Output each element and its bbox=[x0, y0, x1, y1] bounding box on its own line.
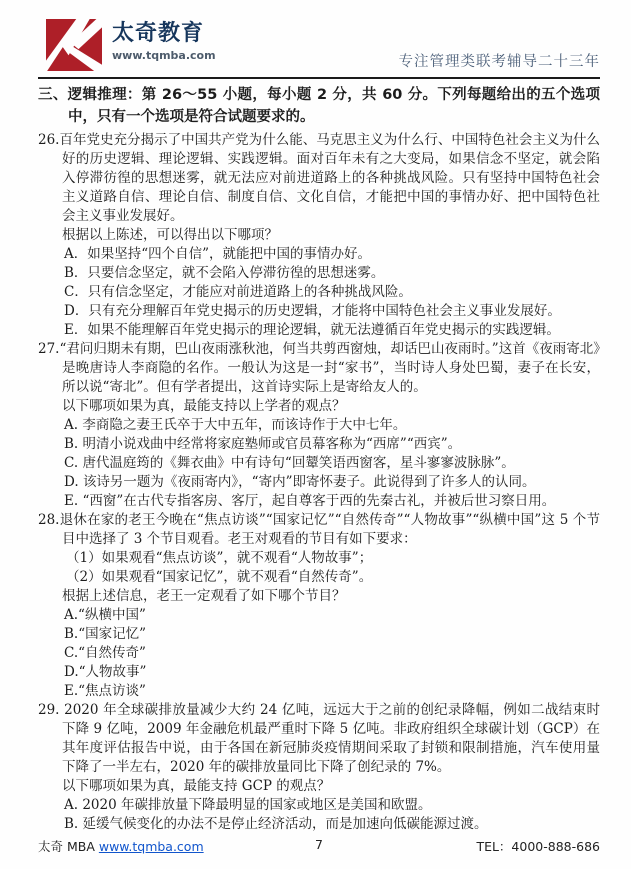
header-tagline: 专注管理类联考辅导二十三年 bbox=[399, 50, 601, 71]
question-prompt: 根据上述信息，老王一定观看了如下哪个节目？ bbox=[38, 587, 600, 606]
option-label: B. bbox=[64, 816, 83, 832]
option-b: B.“国家记忆” bbox=[38, 625, 600, 644]
option-text: 只要信念坚定，就不会陷入停滞彷徨的思想迷雾。 bbox=[87, 265, 384, 281]
option-label: D. bbox=[64, 664, 79, 680]
question-28-condition-2: （2）如果观看“国家记忆”，就不观看“自然传奇”。 bbox=[38, 568, 600, 587]
option-d: D.“人物故事” bbox=[38, 663, 600, 682]
option-e: E.“焦点访谈” bbox=[38, 682, 600, 701]
question-number: 29. bbox=[38, 702, 64, 718]
question-number: 28. bbox=[38, 512, 59, 528]
option-text: 只有信念坚定，才能应对前进道路上的各种挑战风险。 bbox=[88, 284, 412, 300]
question-28-condition-1: （1）如果观看“焦点访谈”，就不观看“人物故事”； bbox=[38, 549, 600, 568]
page-header: 太奇教育 www.tqmba.com 专注管理类联考辅导二十三年 bbox=[38, 17, 600, 73]
question-prompt: 以下哪项如果为真，最能支持 GCP 的观点？ bbox=[38, 777, 600, 796]
taiqi-logo bbox=[46, 19, 102, 71]
option-text: “自然传奇” bbox=[78, 645, 146, 661]
option-label: B. bbox=[64, 626, 78, 642]
question-26: 26.百年党史充分揭示了中国共产党为什么能、马克思主义为什么行、中国特色社会主义… bbox=[38, 131, 600, 340]
question-number: 26. bbox=[38, 132, 59, 148]
option-label: B． bbox=[64, 265, 87, 281]
option-label: C． bbox=[64, 284, 88, 300]
footer-tel: TEL：4000-888-686 bbox=[476, 837, 600, 855]
question-28: 28.退休在家的老王今晚在“焦点访谈”“国家记忆”“自然传奇”“人物故事”“纵横… bbox=[38, 511, 600, 701]
option-a: A. 李商隐之妻王氏卒于大中五年，而该诗作于大中七年。 bbox=[38, 416, 600, 435]
option-d: D. 该诗另一题为《夜雨寄内》，“寄内”即寄怀妻子。此说得到了许多人的认同。 bbox=[38, 473, 600, 492]
option-c: C．只有信念坚定，才能应对前进道路上的各种挑战风险。 bbox=[38, 283, 600, 302]
question-prompt: 根据以上陈述，可以得出以下哪项？ bbox=[38, 226, 600, 245]
option-text: “纵横中国” bbox=[78, 607, 146, 623]
question-stem: 27.“君问归期未有期，巴山夜雨涨秋池，何当共剪西窗烛，却话巴山夜雨时。”这首《… bbox=[38, 340, 600, 397]
option-b: B. 明清小说戏曲中经常将家庭塾师或官员幕客称为“西席”“西宾”。 bbox=[38, 435, 600, 454]
option-label: A. bbox=[64, 797, 82, 813]
option-a: A．如果坚持“四个自信”，就能把中国的事情办好。 bbox=[38, 245, 600, 264]
option-text: 2020 年碳排放量下降最明显的国家或地区是美国和欧盟。 bbox=[82, 797, 431, 813]
question-number: 27. bbox=[38, 341, 59, 357]
question-stem: 29. 2020 年全球碳排放量减少大约 24 亿吨，远远大于之前的创纪录降幅，… bbox=[38, 701, 600, 777]
question-29: 29. 2020 年全球碳排放量减少大约 24 亿吨，远远大于之前的创纪录降幅，… bbox=[38, 701, 600, 834]
option-c: C. 唐代温庭筠的《舞衣曲》中有诗句“回颦笑语西窗客，星斗寥寥波脉脉”。 bbox=[38, 454, 600, 473]
option-label: C. bbox=[64, 645, 78, 661]
option-label: E. bbox=[64, 683, 78, 699]
option-text: 如果不能理解百年党史揭示的理论逻辑，就无法遵循百年党史揭示的实践逻辑。 bbox=[87, 322, 560, 338]
option-label: C. bbox=[64, 455, 82, 471]
logo-k-icon bbox=[46, 19, 102, 71]
section-title: 三、逻辑推理：第 26～55 小题，每小题 2 分，共 60 分。下列每题给出的… bbox=[38, 84, 600, 128]
question-stem-text: 退休在家的老王今晚在“焦点访谈”“国家记忆”“自然传奇”“人物故事”“纵横中国”… bbox=[59, 512, 600, 547]
option-label: B. bbox=[64, 436, 83, 452]
option-a: A.“纵横中国” bbox=[38, 606, 600, 625]
option-label: A. bbox=[64, 417, 82, 433]
option-b: B．只要信念坚定，就不会陷入停滞彷徨的思想迷雾。 bbox=[38, 264, 600, 283]
option-b: B. 延缓气候变化的办法不是停止经济活动，而是加速向低碳能源过渡。 bbox=[38, 815, 600, 834]
brand-name: 太奇教育 bbox=[112, 21, 216, 47]
option-c: C.“自然传奇” bbox=[38, 644, 600, 663]
option-text: 只有充分理解百年党史揭示的历史逻辑，才能将中国特色社会主义事业发展好。 bbox=[88, 303, 561, 319]
question-stem-text: “君问归期未有期，巴山夜雨涨秋池，何当共剪西窗烛，却话巴山夜雨时。”这首《夜雨寄… bbox=[59, 341, 600, 395]
exam-page: 太奇教育 www.tqmba.com 专注管理类联考辅导二十三年 三、逻辑推理：… bbox=[0, 0, 631, 869]
question-stem-text: 2020 年全球碳排放量减少大约 24 亿吨，远远大于之前的创纪录降幅，例如二战… bbox=[62, 702, 600, 775]
option-text: 如果坚持“四个自信”，就能把中国的事情办好。 bbox=[87, 246, 371, 262]
option-label: E． bbox=[64, 322, 87, 338]
option-d: D．只有充分理解百年党史揭示的历史逻辑，才能将中国特色社会主义事业发展好。 bbox=[38, 302, 600, 321]
question-prompt: 以下哪项如果为真，最能支持以上学者的观点？ bbox=[38, 397, 600, 416]
brand-block: 太奇教育 www.tqmba.com bbox=[112, 21, 216, 63]
option-label: D. bbox=[64, 474, 83, 490]
option-text: 该诗另一题为《夜雨寄内》，“寄内”即寄怀妻子。此说得到了许多人的认同。 bbox=[83, 474, 536, 490]
brand-url: www.tqmba.com bbox=[112, 49, 216, 63]
option-text: “人物故事” bbox=[79, 664, 147, 680]
option-text: “焦点访谈” bbox=[78, 683, 146, 699]
question-stem: 28.退休在家的老王今晚在“焦点访谈”“国家记忆”“自然传奇”“人物故事”“纵横… bbox=[38, 511, 600, 549]
option-text: 唐代温庭筠的《舞衣曲》中有诗句“回颦笑语西窗客，星斗寥寥波脉脉”。 bbox=[82, 455, 514, 471]
question-stem-text: 百年党史充分揭示了中国共产党为什么能、马克思主义为什么行、中国特色社会主义为什么… bbox=[59, 132, 600, 224]
option-label: E. bbox=[64, 493, 82, 509]
option-text: 延缓气候变化的办法不是停止经济活动，而是加速向低碳能源过渡。 bbox=[83, 816, 488, 832]
option-label: D． bbox=[64, 303, 88, 319]
option-text: 李商隐之妻王氏卒于大中五年，而该诗作于大中七年。 bbox=[82, 417, 406, 433]
option-label: A. bbox=[64, 607, 78, 623]
option-text: “西窗”在古代专指客房、客厅，起自尊客于西的先秦古礼，并被后世习察日用。 bbox=[82, 493, 555, 509]
option-e: E. “西窗”在古代专指客房、客厅，起自尊客于西的先秦古礼，并被后世习察日用。 bbox=[38, 492, 600, 511]
question-27: 27.“君问归期未有期，巴山夜雨涨秋池，何当共剪西窗烛，却话巴山夜雨时。”这首《… bbox=[38, 340, 600, 511]
question-stem: 26.百年党史充分揭示了中国共产党为什么能、马克思主义为什么行、中国特色社会主义… bbox=[38, 131, 600, 226]
option-label: A． bbox=[64, 246, 87, 262]
exam-content: 三、逻辑推理：第 26～55 小题，每小题 2 分，共 60 分。下列每题给出的… bbox=[38, 84, 600, 834]
page-footer: 太奇 MBA www.tqmba.com 7 TEL：4000-888-686 bbox=[38, 837, 600, 853]
option-e: E．如果不能理解百年党史揭示的理论逻辑，就无法遵循百年党史揭示的实践逻辑。 bbox=[38, 321, 600, 340]
option-a: A. 2020 年碳排放量下降最明显的国家或地区是美国和欧盟。 bbox=[38, 796, 600, 815]
option-text: 明清小说戏曲中经常将家庭塾师或官员幕客称为“西席”“西宾”。 bbox=[83, 436, 462, 452]
header-divider bbox=[38, 77, 600, 79]
option-text: “国家记忆” bbox=[78, 626, 146, 642]
